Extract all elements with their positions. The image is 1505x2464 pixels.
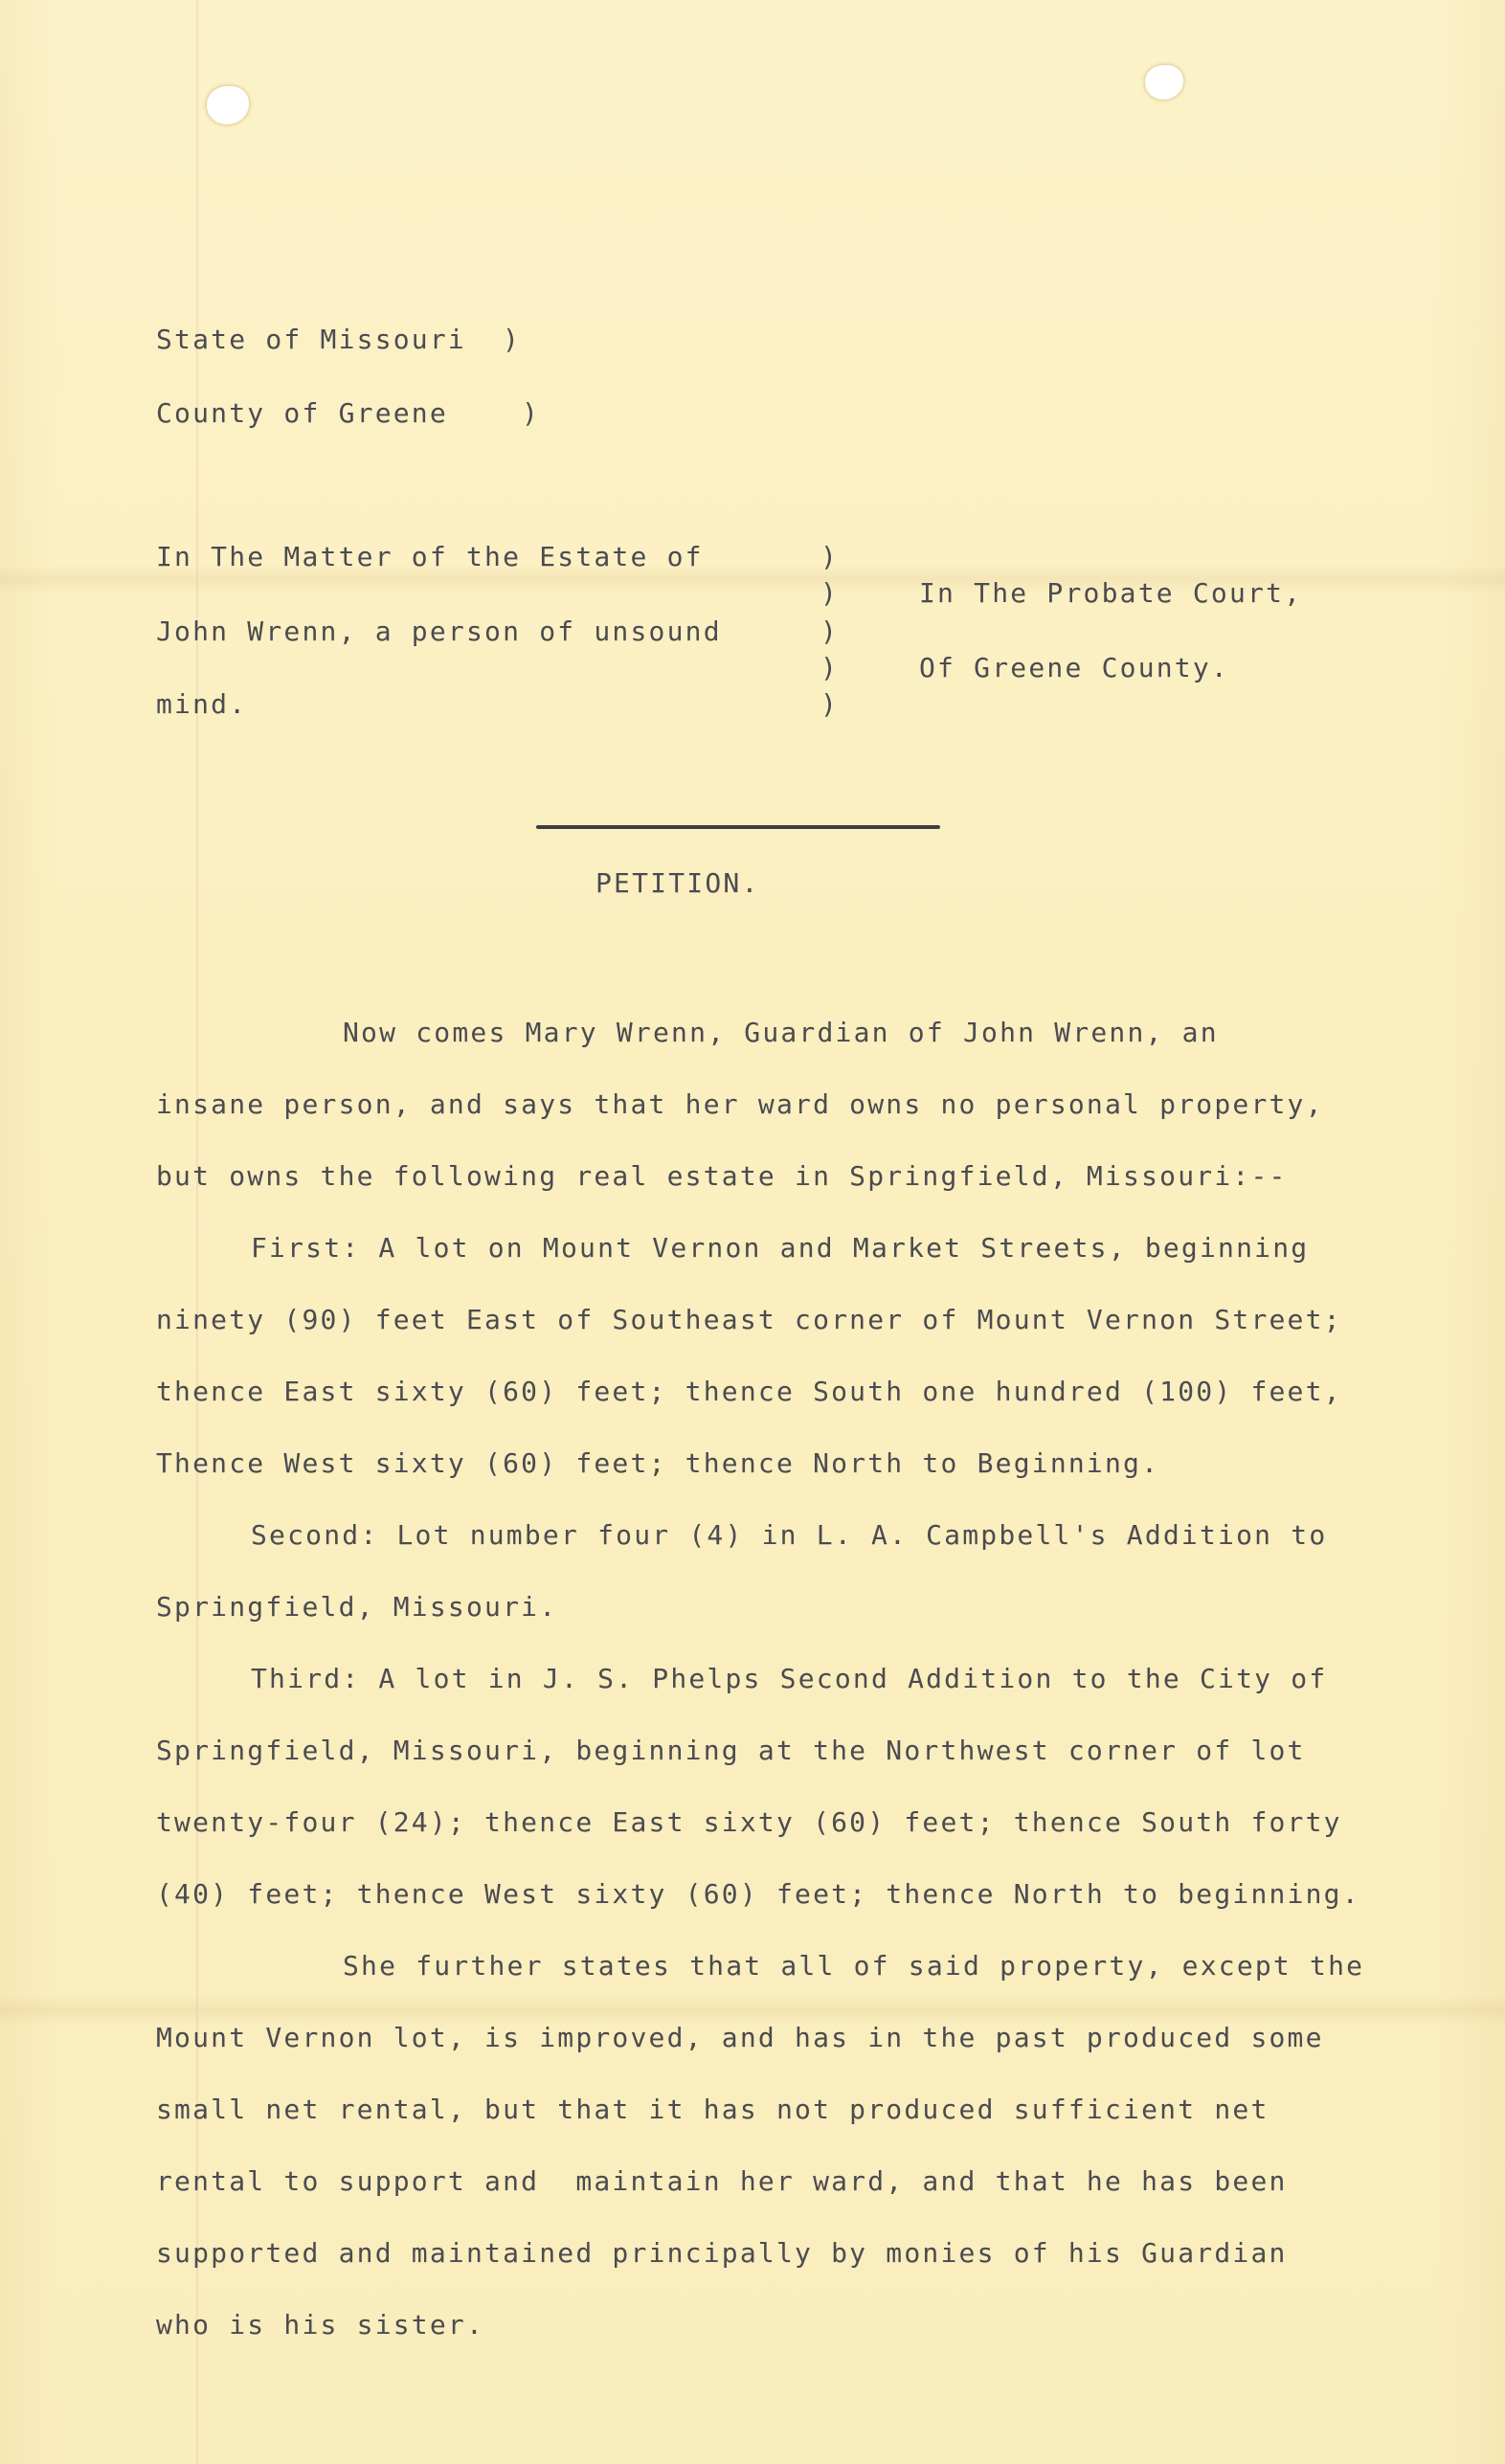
separator-rule bbox=[536, 825, 940, 829]
court-name: In The Probate Court, bbox=[919, 577, 1302, 610]
body-line: She further states that all of said prop… bbox=[343, 1950, 1364, 1982]
paper-fold bbox=[0, 1996, 1505, 2025]
case-style-line: In The Matter of the Estate of bbox=[156, 541, 704, 573]
case-style-line: mind. bbox=[156, 688, 247, 721]
body-line: small net rental, but that it has not pr… bbox=[156, 2094, 1269, 2126]
court-county: Of Greene County. bbox=[919, 652, 1229, 684]
body-line: who is his sister. bbox=[156, 2309, 484, 2341]
body-line: twenty-four (24); thence East sixty (60)… bbox=[156, 1806, 1342, 1839]
body-line: Springfield, Missouri, beginning at the … bbox=[156, 1735, 1306, 1767]
body-line: ninety (90) feet East of Southeast corne… bbox=[156, 1304, 1342, 1336]
body-line: insane person, and says that her ward ow… bbox=[156, 1088, 1324, 1121]
body-line: supported and maintained principally by … bbox=[156, 2237, 1288, 2270]
body-line: Springfield, Missouri. bbox=[156, 1591, 557, 1624]
caption-state: State of Missouri bbox=[156, 324, 466, 356]
body-line: Now comes Mary Wrenn, Guardian of John W… bbox=[343, 1017, 1219, 1049]
body-line: (40) feet; thence West sixty (60) feet; … bbox=[156, 1878, 1360, 1911]
body-line: Mount Vernon lot, is improved, and has i… bbox=[156, 2022, 1324, 2054]
case-style-line: John Wrenn, a person of unsound bbox=[156, 616, 722, 648]
body-line: Third: A lot in J. S. Phelps Second Addi… bbox=[251, 1663, 1327, 1695]
body-line: Thence West sixty (60) feet; thence Nort… bbox=[156, 1447, 1159, 1480]
body-line: rental to support and maintain her ward,… bbox=[156, 2165, 1288, 2198]
body-line: thence East sixty (60) feet; thence Sout… bbox=[156, 1376, 1342, 1408]
case-paren: ) bbox=[820, 616, 837, 648]
caption-paren: ) bbox=[522, 397, 538, 430]
caption-county: County of Greene bbox=[156, 397, 448, 430]
case-paren: ) bbox=[820, 577, 837, 610]
document-title: PETITION. bbox=[595, 867, 760, 900]
body-line: First: A lot on Mount Vernon and Market … bbox=[251, 1232, 1309, 1265]
body-line: but owns the following real estate in Sp… bbox=[156, 1160, 1288, 1193]
case-paren: ) bbox=[820, 688, 837, 721]
case-paren: ) bbox=[820, 541, 837, 573]
case-paren: ) bbox=[820, 652, 837, 684]
caption-paren: ) bbox=[503, 324, 519, 356]
body-line: Second: Lot number four (4) in L. A. Cam… bbox=[251, 1519, 1327, 1552]
